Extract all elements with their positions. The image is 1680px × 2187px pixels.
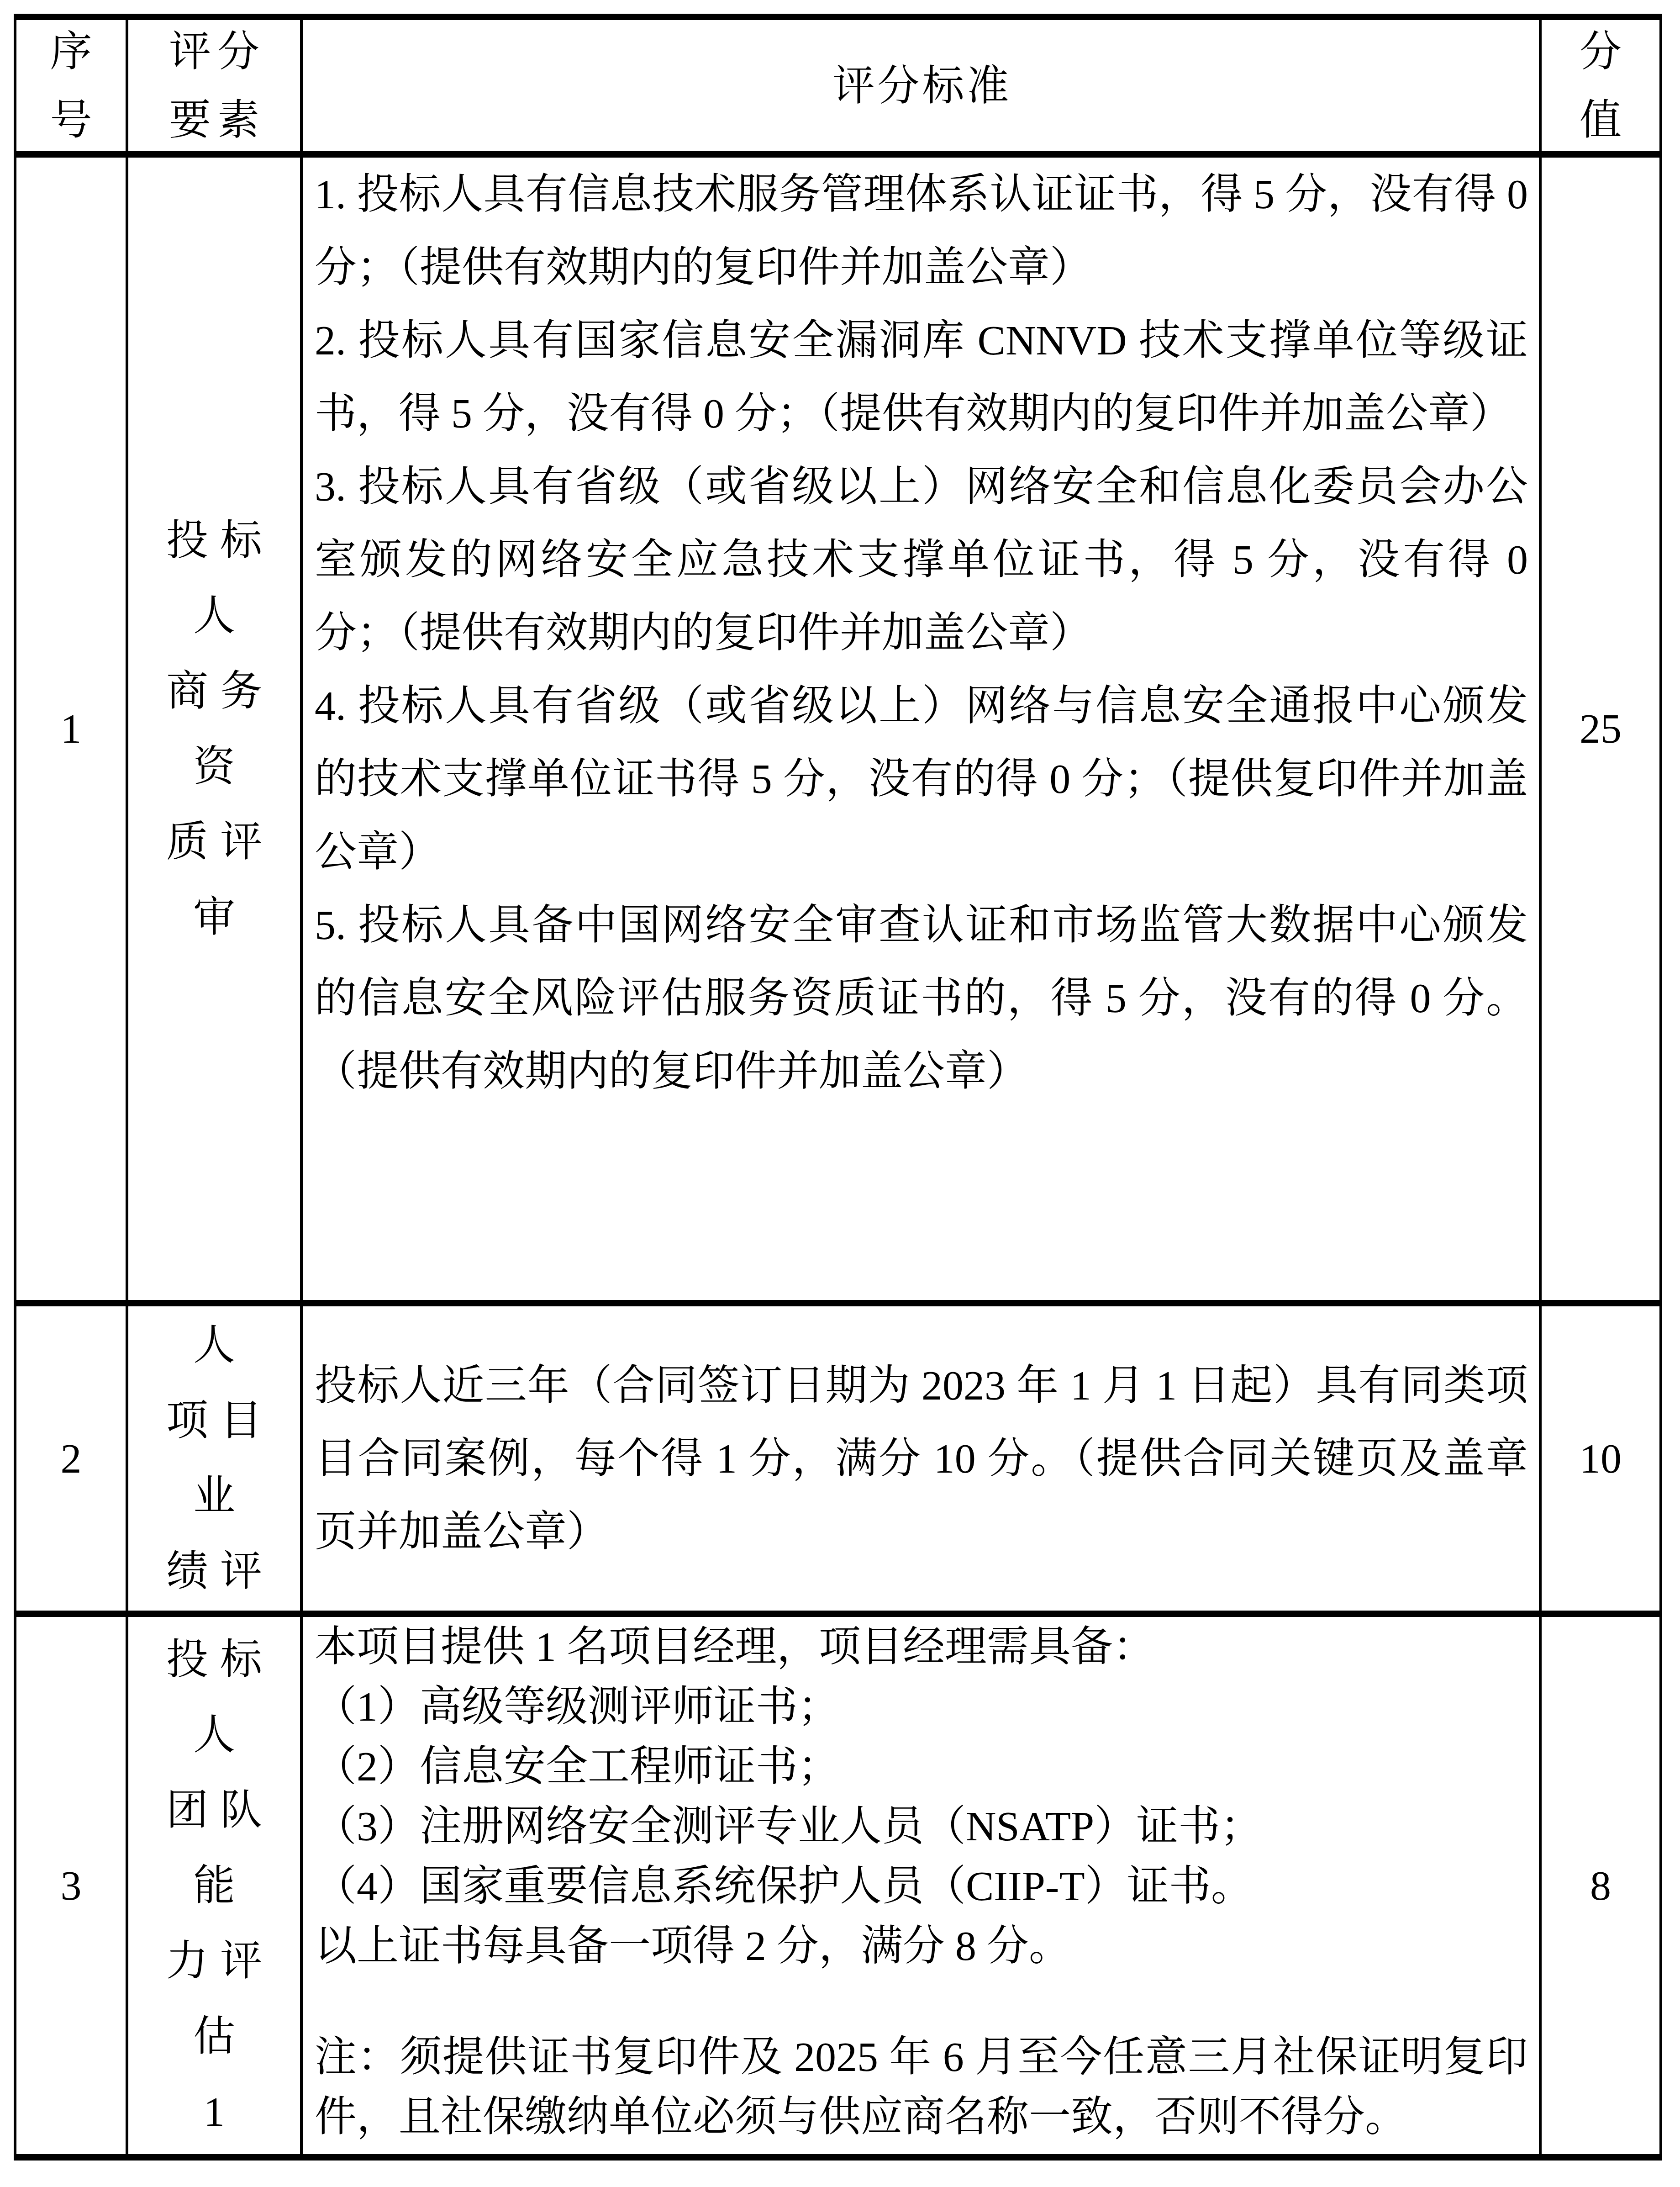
criteria-paragraph: 2. 投标人具有国家信息安全漏洞库 CNNVD 技术支撑单位等级证书，得 5 分… [315, 304, 1528, 450]
row3-scoring-factor: 投标人 团队能 力评估 1 [128, 1617, 303, 2154]
row3-scoring-criteria: 本项目提供 1 名项目经理，项目经理需具备： （1）高级等级测评师证书； （2）… [303, 1617, 1542, 2154]
criteria-note-paragraph: 注：须提供证书复印件及 2025 年 6 月至今任意三月社保证明复印件，且社保缴… [315, 2027, 1528, 2147]
row1-serial-number: 1 [16, 158, 128, 1306]
row1-score-value: 25 [1542, 158, 1659, 1306]
row2-score-value: 10 [1542, 1306, 1659, 1617]
criteria-paragraph: 5. 投标人具备中国网络安全审查认证和市场监管大数据中心颁发的信息安全风险评估服… [315, 888, 1528, 1108]
row2-serial-number: 2 [16, 1306, 128, 1617]
row3-serial-number: 3 [16, 1617, 128, 2154]
header-scoring-factor: 评分 要素 [128, 20, 303, 158]
row1-scoring-factor: 投标人 商务资 质评审 [128, 158, 303, 1306]
header-serial-number: 序 号 [16, 20, 128, 158]
header-scoring-criteria: 评分标准 [303, 20, 1542, 158]
criteria-paragraph: 投标人近三年（合同签订日期为 2023 年 1 月 1 日起）具有同类项目合同案… [315, 1349, 1528, 1568]
criteria-paragraph: 3. 投标人具有省级（或省级以上）网络安全和信息化委员会办公室颁发的网络安全应急… [315, 450, 1528, 669]
row3-score-value: 8 [1542, 1617, 1659, 2154]
row1-scoring-criteria: 1. 投标人具有信息技术服务管理体系认证证书，得 5 分，没有得 0 分；（提供… [303, 158, 1542, 1306]
row2-scoring-criteria: 投标人近三年（合同签订日期为 2023 年 1 月 1 日起）具有同类项目合同案… [303, 1306, 1542, 1617]
criteria-paragraph: 本项目提供 1 名项目经理，项目经理需具备： （1）高级等级测评师证书； （2）… [315, 1617, 1528, 1976]
criteria-paragraph: 1. 投标人具有信息技术服务管理体系认证证书，得 5 分，没有得 0 分；（提供… [315, 158, 1528, 304]
row2-scoring-factor: 投标人 项目业 绩评审 [128, 1306, 303, 1617]
header-score-value: 分 值 [1542, 20, 1659, 158]
scoring-criteria-table: 序 号 评分 要素 评分标准 分 值 1 投标人 商务资 质评审 1. 投标人具… [14, 14, 1662, 2161]
criteria-paragraph: 4. 投标人具有省级（或省级以上）网络与信息安全通报中心颁发的技术支撑单位证书得… [315, 669, 1528, 888]
